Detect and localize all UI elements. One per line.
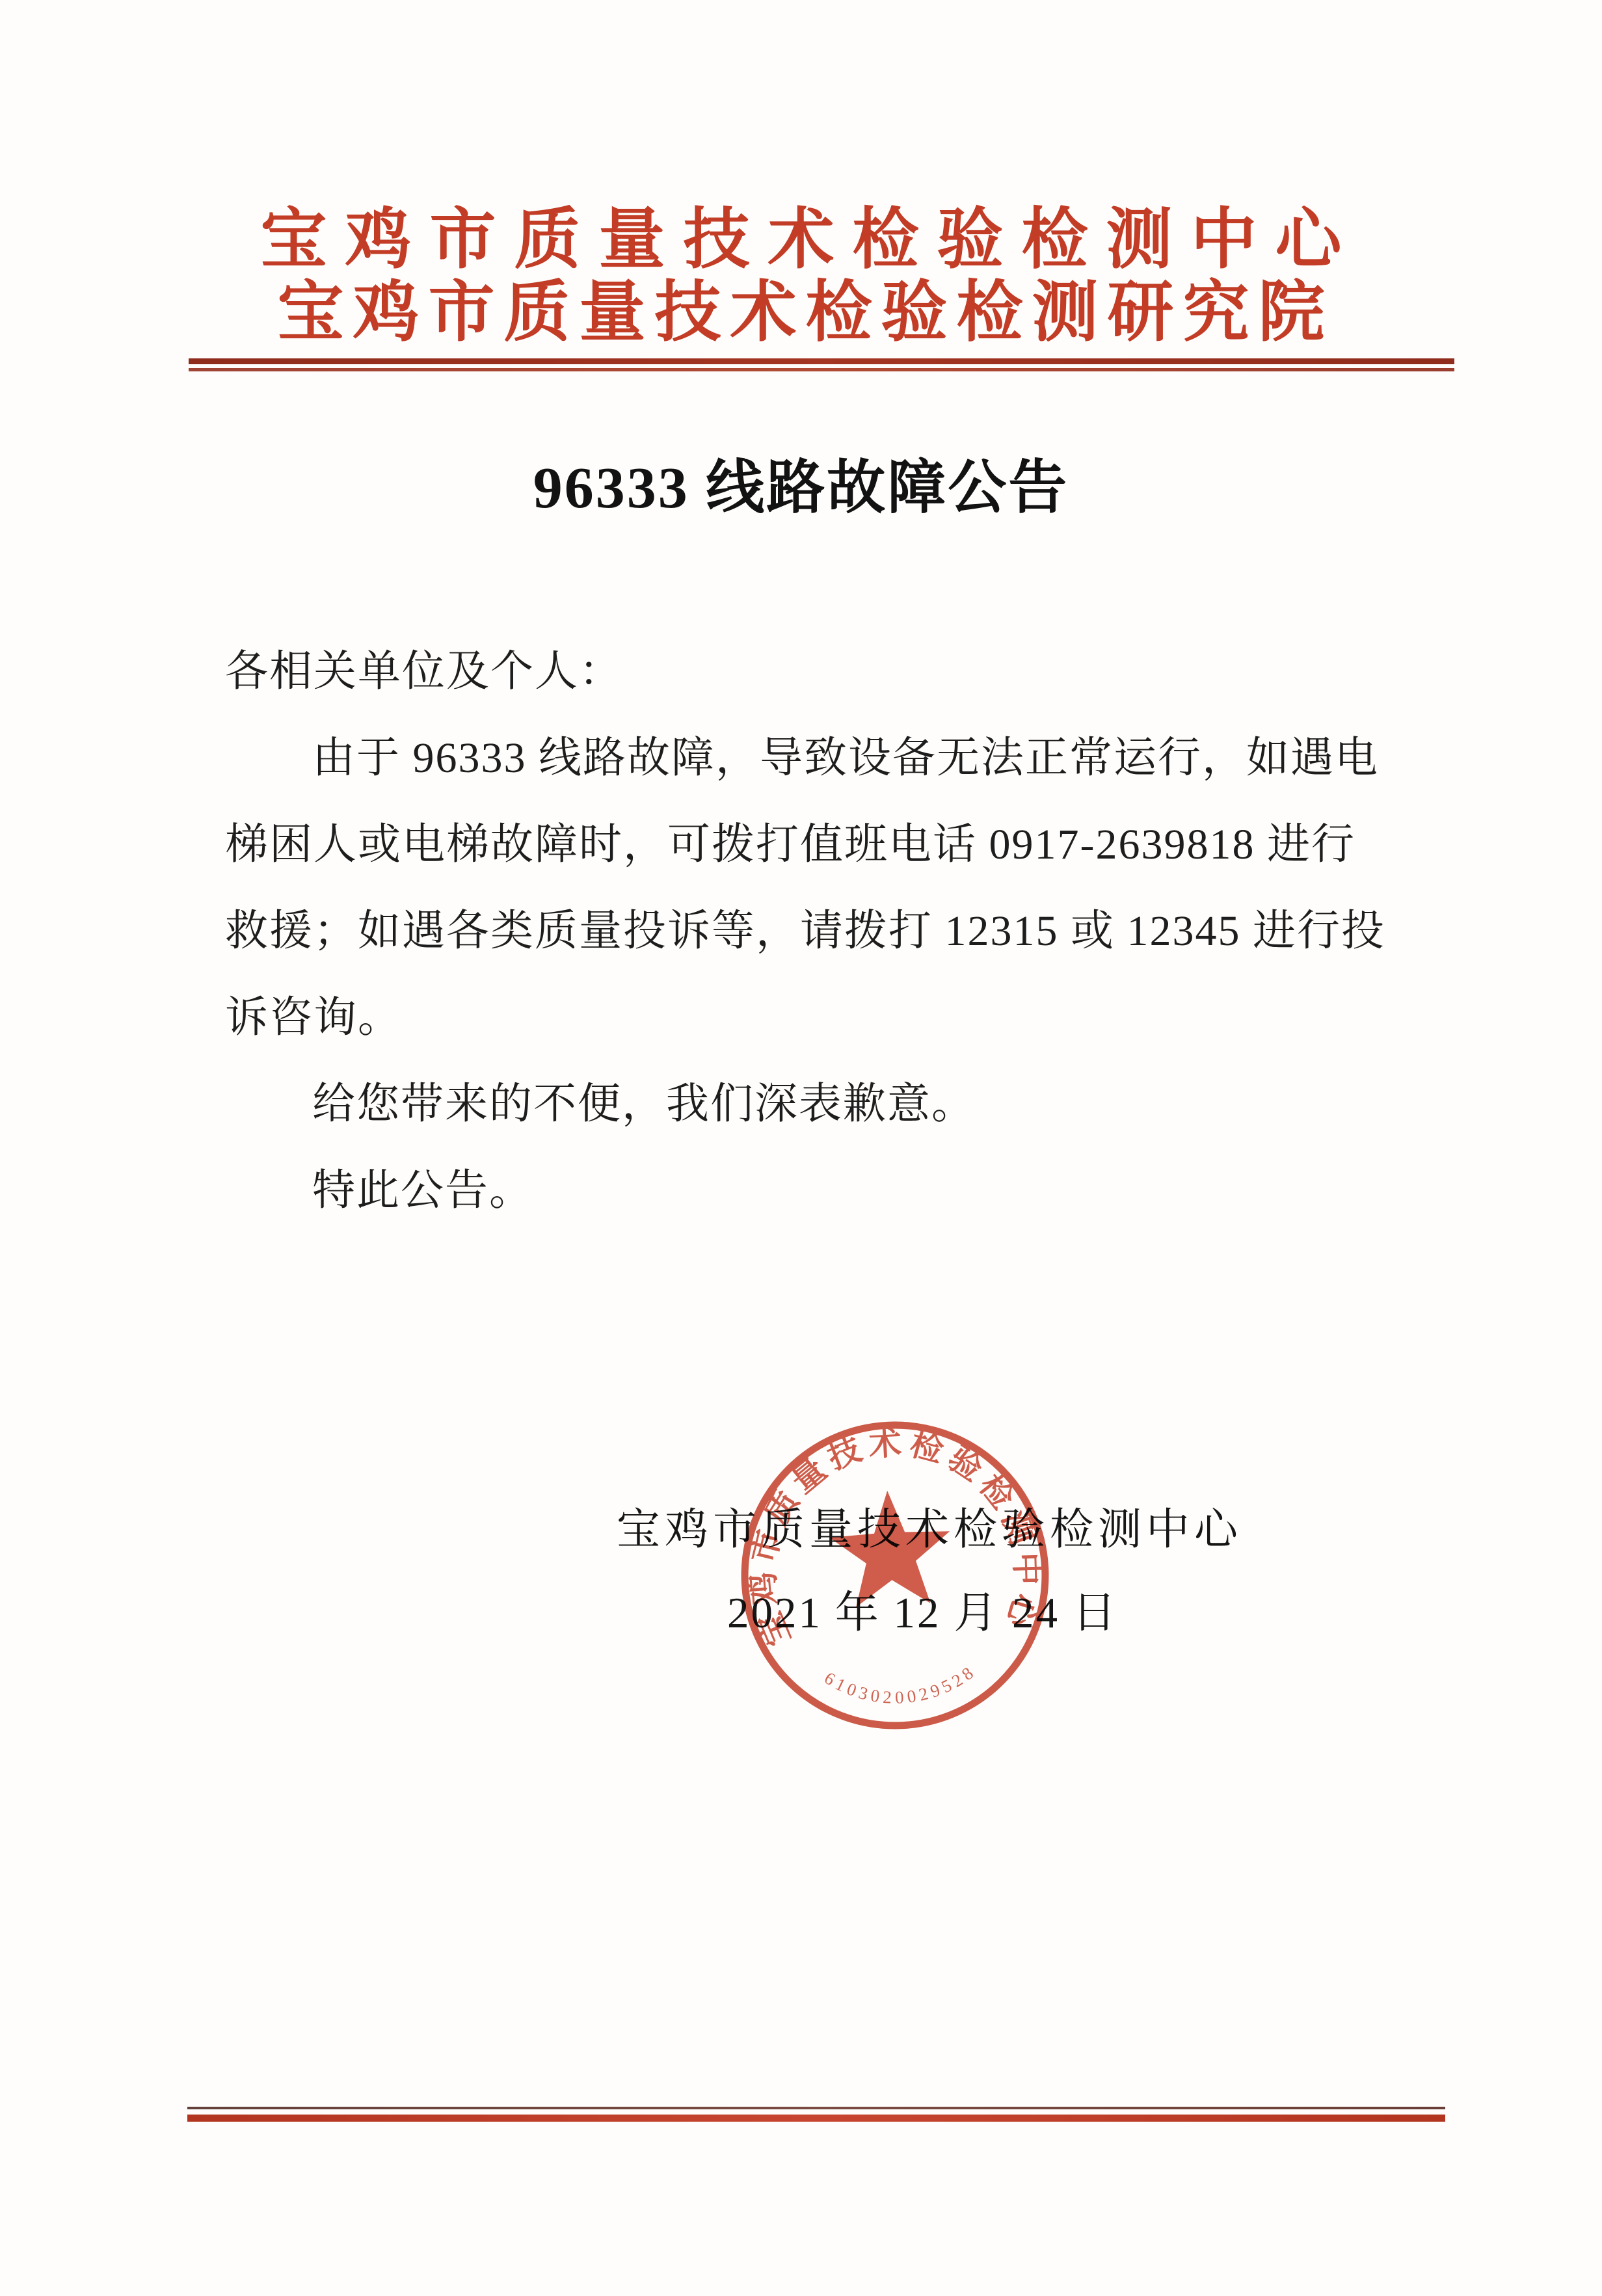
- body-line: 救援；如遇各类质量投诉等，请拨打 12315 或 12345 进行投: [225, 888, 1406, 974]
- letterhead-line-2: 宝鸡市质量技术检验检测研究院: [0, 277, 1602, 350]
- letterhead-line-1: 宝鸡市质量技术检验检测中心: [0, 204, 1602, 277]
- footer-rule-thin: [187, 2107, 1445, 2109]
- official-seal-stamp: 宝鸡市质量技术检验检测中心 6103020029528: [727, 1407, 1063, 1743]
- body-line-salutation: 各相关单位及个人：: [225, 628, 1406, 715]
- footer-rule-thick: [187, 2115, 1445, 2122]
- body-line: 梯困人或电梯故障时，可拨打值班电话 0917-2639818 进行: [225, 801, 1406, 888]
- seal-serial-number: 6103020029528: [820, 1661, 981, 1711]
- svg-text:6103020029528: 6103020029528: [820, 1661, 981, 1711]
- star-icon: [827, 1488, 954, 1609]
- body-line: 诉咨询。: [225, 974, 1406, 1061]
- header-rule-thick: [189, 358, 1454, 364]
- document-page: 宝鸡市质量技术检验检测中心 宝鸡市质量技术检验检测研究院 96333 线路故障公…: [0, 0, 1602, 2296]
- notice-title: 96333 线路故障公告: [0, 459, 1602, 518]
- body-line: 由于 96333 线路故障，导致设备无法正常运行，如遇电: [225, 715, 1406, 801]
- header-rule-thin: [189, 368, 1454, 371]
- body-line-closing: 特此公告。: [225, 1147, 1406, 1234]
- body-line-apology: 给您带来的不便，我们深表歉意。: [225, 1061, 1406, 1147]
- notice-body: 各相关单位及个人： 由于 96333 线路故障，导致设备无法正常运行，如遇电 梯…: [225, 628, 1406, 1234]
- letterhead: 宝鸡市质量技术检验检测中心 宝鸡市质量技术检验检测研究院: [0, 204, 1602, 350]
